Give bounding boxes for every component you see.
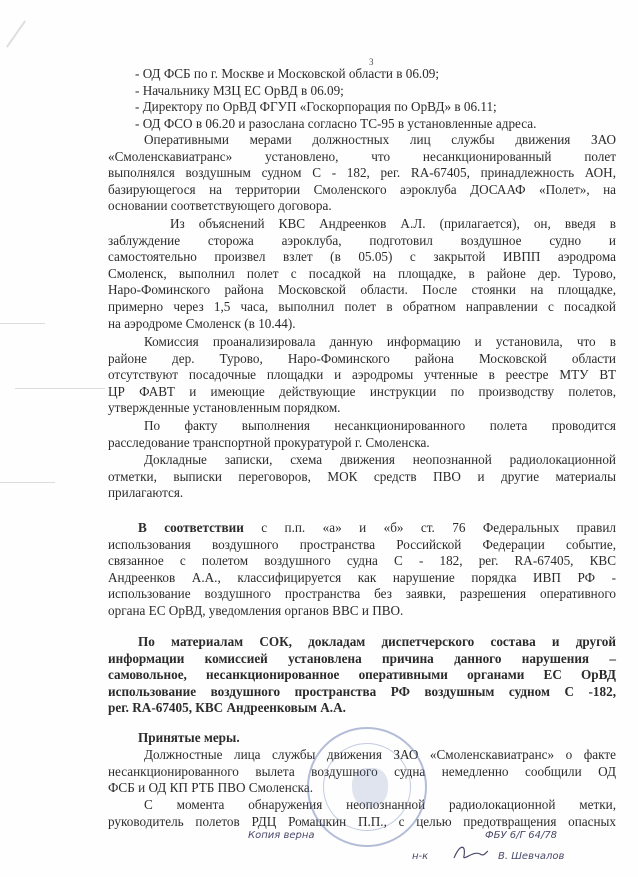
text-line: расследование транспортной прокуратурой … — [108, 435, 616, 452]
list-item: - ОД ФСО в 06.20 и разослана согласно ТС… — [135, 116, 615, 133]
text-line: Смоленск, выполнил полет с посадкой на п… — [108, 266, 616, 283]
text-line: районе дер. Турово, Наро-Фоминского райо… — [108, 351, 616, 368]
text-line: рег. RA-67405, КВС Андреенковым А.А. — [108, 700, 616, 717]
scan-edge-mark — [0, 482, 55, 483]
text-line: использование воздушного пространства РФ… — [108, 684, 616, 701]
list-item: - Директору по ОрВД ФГУП «Госкорпорация … — [135, 99, 615, 116]
distribution-list: - ОД ФСБ по г. Москве и Московской облас… — [135, 66, 615, 132]
text-line: Докладные записки, схема движения неопоз… — [108, 452, 616, 469]
handwritten-signer: В. Шевчалов — [498, 851, 564, 862]
scan-crease-mark — [6, 20, 26, 47]
bold-lead: В соответствии — [138, 520, 244, 535]
text-line: самовольное, несанкционированное операти… — [108, 667, 616, 684]
text-line: органа ЕС ОрВД, уведомления органов ВВС … — [108, 603, 616, 620]
text-line: утвержденные установленным порядком. — [108, 400, 616, 417]
text-line: на аэродроме Смоленск (в 10.44). — [108, 316, 616, 333]
scan-edge-mark — [15, 388, 105, 389]
text-line: с п.п. «а» и «б» ст. 76 Федеральных прав… — [244, 520, 616, 535]
text-line: отметки, выписки переговоров, МОК средст… — [108, 469, 616, 486]
text-line: Оперативными мерами должностных лиц служ… — [108, 132, 616, 149]
signature-icon — [450, 842, 490, 864]
coat-of-arms-icon — [352, 768, 388, 808]
text-line: Андреенков А.А., классифицируется как на… — [108, 570, 616, 587]
text-line: По материалам СОК, докладам диспетчерско… — [108, 634, 616, 651]
handwritten-copy-note: Копия верна — [248, 830, 315, 841]
text-line: использование воздушного пространства бе… — [108, 586, 616, 603]
paragraph-classification: В соответствии с п.п. «а» и «б» ст. 76 Ф… — [108, 520, 616, 620]
document-page: 3 - ОД ФСБ по г. Москве и Московской обл… — [0, 0, 638, 877]
paragraph-analysis: Комиссия проанализировала данную информа… — [108, 334, 616, 417]
text-line: Наро-Фоминского района Московской област… — [108, 282, 616, 299]
paragraph-attachments: Докладные записки, схема движения неопоз… — [108, 452, 616, 502]
text-line: базирующегося на территории Смоленского … — [108, 182, 616, 199]
text-line: ЦР ФАВТ и имеющие действующие инструкции… — [108, 384, 616, 401]
list-item: - Начальнику МЗЦ ЕС ОрВД в 06.09; — [135, 83, 615, 100]
seal-inner-ring — [323, 743, 411, 831]
text-line: прилагаются. — [108, 485, 616, 502]
text-line: связанное с полетом воздушного судна С -… — [108, 553, 616, 570]
text-line: использования воздушного пространства Ро… — [108, 537, 616, 554]
handwritten-initials: н-к — [412, 851, 428, 862]
scan-edge-mark — [0, 323, 45, 324]
paragraph-cause: По материалам СОК, докладам диспетчерско… — [108, 634, 616, 717]
text-line: По факту выполнения несанкционированного… — [108, 418, 616, 435]
text-line: примерно через 1,5 часа, выполнил полет … — [108, 299, 616, 316]
text-line: заблуждение сторожа аэроклуба, подготови… — [108, 233, 616, 250]
text-line: информации комиссией установлена причина… — [108, 651, 616, 668]
text-line: отсутствуют посадочные площадки и аэродр… — [108, 367, 616, 384]
list-item: - ОД ФСБ по г. Москве и Московской облас… — [135, 66, 615, 83]
text-line: Из объяснений КВС Андреенков А.Л. (прила… — [108, 216, 616, 233]
handwritten-ref-note: ФБУ 6/Г 64/78 — [485, 830, 557, 841]
paragraph-findings: Оперативными мерами должностных лиц служ… — [108, 132, 616, 215]
text-line: выполнялся воздушным судном С - 182, рег… — [108, 165, 616, 182]
text-line: Комиссия проанализировала данную информа… — [108, 334, 616, 351]
text-line: основании соответствующего договора. — [108, 198, 616, 215]
paragraph-investigation: По факту выполнения несанкционированного… — [108, 418, 616, 451]
text-line: «Смоленскавиатранс» установлено, что нес… — [108, 149, 616, 166]
paragraph-explanation: Из объяснений КВС Андреенков А.Л. (прила… — [108, 216, 616, 332]
official-seal — [307, 727, 427, 847]
text-line: самостоятельно произвел взлет (в 05.05) … — [108, 249, 616, 266]
